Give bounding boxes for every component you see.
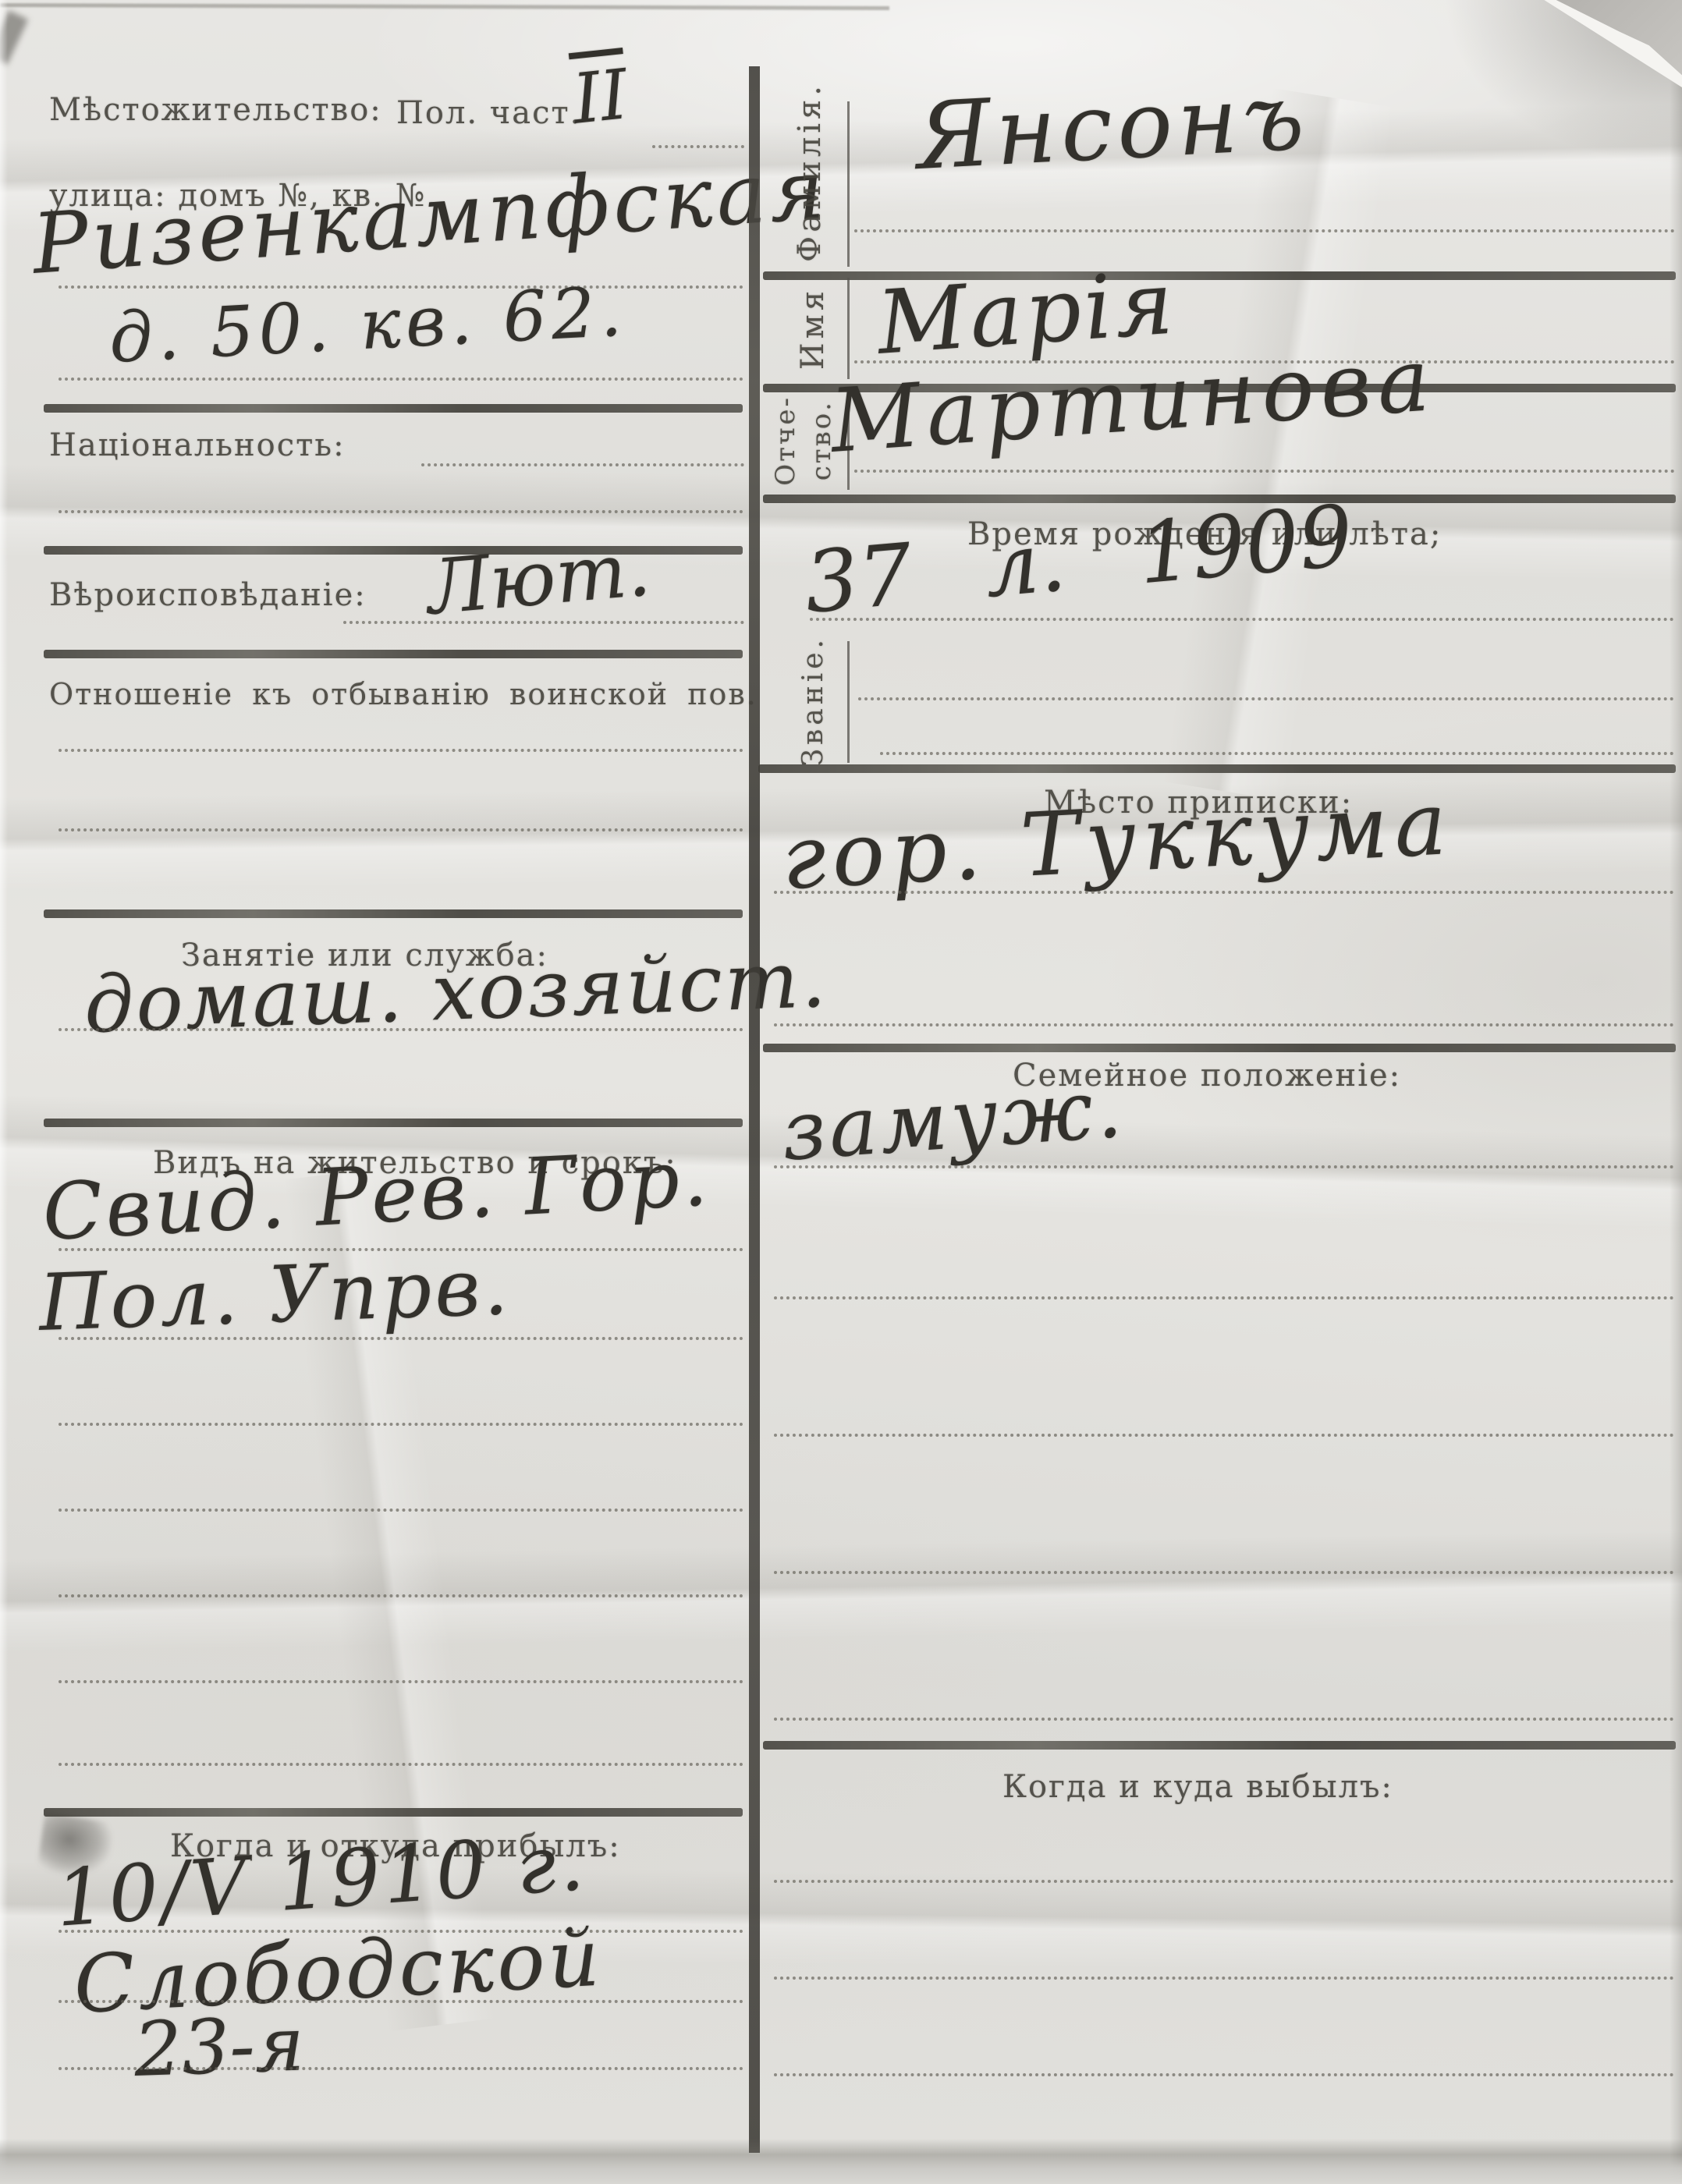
dotted-line xyxy=(854,229,1675,232)
left-edge-highlight xyxy=(0,0,8,2184)
residence-permit-handwritten-line2: Пол. Упрв. xyxy=(37,1241,513,1349)
surname-label-band: Фамилія. xyxy=(777,74,843,269)
section-rule xyxy=(758,764,1676,773)
residence-label: Мѣстожительство: xyxy=(49,92,382,128)
paper-crease xyxy=(0,1529,1682,1654)
registration-card-scan: Мѣстожительство: Пол. част. II улица: до… xyxy=(0,0,1682,2184)
dotted-line xyxy=(421,463,744,466)
dotted-line xyxy=(59,749,743,752)
patronymic-label-line1: Отче- xyxy=(770,395,801,486)
dotted-line xyxy=(59,828,743,831)
bottom-edge-shadow xyxy=(0,2139,1682,2184)
label-separator-rule xyxy=(847,101,850,267)
section-rule xyxy=(44,1808,743,1817)
dotted-line xyxy=(59,2000,743,2003)
section-rule xyxy=(44,404,743,413)
rank-label: Званіе. xyxy=(797,636,829,766)
dotted-line xyxy=(774,1434,1674,1437)
section-rule xyxy=(763,1044,1676,1052)
dotted-line xyxy=(59,1509,743,1512)
label-separator-rule xyxy=(847,278,850,379)
patronymic-label-band: Отче- ство. xyxy=(771,388,836,493)
dotted-line xyxy=(774,891,1674,894)
birth-time-handwritten: 37 л. 1909 xyxy=(801,487,1357,633)
dotted-line xyxy=(774,1880,1674,1883)
dotted-line xyxy=(880,752,1674,755)
dotted-line xyxy=(858,697,1674,700)
dotted-line xyxy=(774,2073,1674,2076)
dotted-line xyxy=(810,618,1674,621)
rank-label-band: Званіе. xyxy=(780,640,846,763)
section-rule xyxy=(44,1119,743,1127)
section-rule xyxy=(44,650,743,658)
first-name-label: Имя xyxy=(795,287,831,370)
dotted-line xyxy=(59,1423,743,1426)
top-fold-shadow xyxy=(0,3,889,10)
registration-place-handwritten: гор. Туккума xyxy=(779,773,1456,909)
dotted-line xyxy=(854,470,1675,473)
dotted-line xyxy=(59,1337,743,1340)
street-handwritten: Ризенкампфская xyxy=(30,141,832,292)
religion-handwritten: Лют. xyxy=(424,525,654,632)
dotted-line xyxy=(774,1023,1674,1026)
dotted-line xyxy=(774,1165,1674,1168)
religion-label: Вѣроисповѣданіе: xyxy=(49,577,367,613)
right-edge-shadow xyxy=(1670,0,1682,2184)
first-name-label-band: Имя xyxy=(780,275,846,382)
nationality-label: Національность: xyxy=(49,427,346,463)
label-separator-rule xyxy=(847,641,850,763)
section-rule xyxy=(763,1741,1676,1750)
dotted-line xyxy=(59,378,743,381)
marital-status-handwritten: замуж. xyxy=(779,1060,1128,1179)
residence-printed-value: Пол. част. xyxy=(396,95,581,131)
dotted-line xyxy=(59,510,743,513)
dotted-line xyxy=(343,621,744,624)
dotted-line xyxy=(59,1594,743,1597)
column-divider xyxy=(749,66,760,2153)
dotted-line xyxy=(774,1977,1674,1980)
dotted-line xyxy=(59,1028,743,1031)
military-duty-label: Отношеніе къ отбыванію воинской пов. xyxy=(49,677,758,711)
departure-label: Когда и куда выбылъ: xyxy=(1002,1769,1393,1805)
dotted-line xyxy=(59,1763,743,1766)
surname-label: Фамилія. xyxy=(792,82,828,262)
arrival-handwritten-line3: 23-я xyxy=(133,2000,306,2094)
dotted-line xyxy=(59,2067,743,2070)
dotted-line xyxy=(774,1571,1674,1574)
residence-district-handwritten: II xyxy=(570,54,632,140)
dotted-line xyxy=(59,1680,743,1683)
dotted-line xyxy=(774,1718,1674,1721)
surname-handwritten: Янсонъ xyxy=(914,62,1311,190)
residence-permit-handwritten-line1: Свид. Рев. Гор. xyxy=(41,1132,712,1258)
dotted-line xyxy=(774,1296,1674,1299)
section-rule xyxy=(44,909,743,918)
